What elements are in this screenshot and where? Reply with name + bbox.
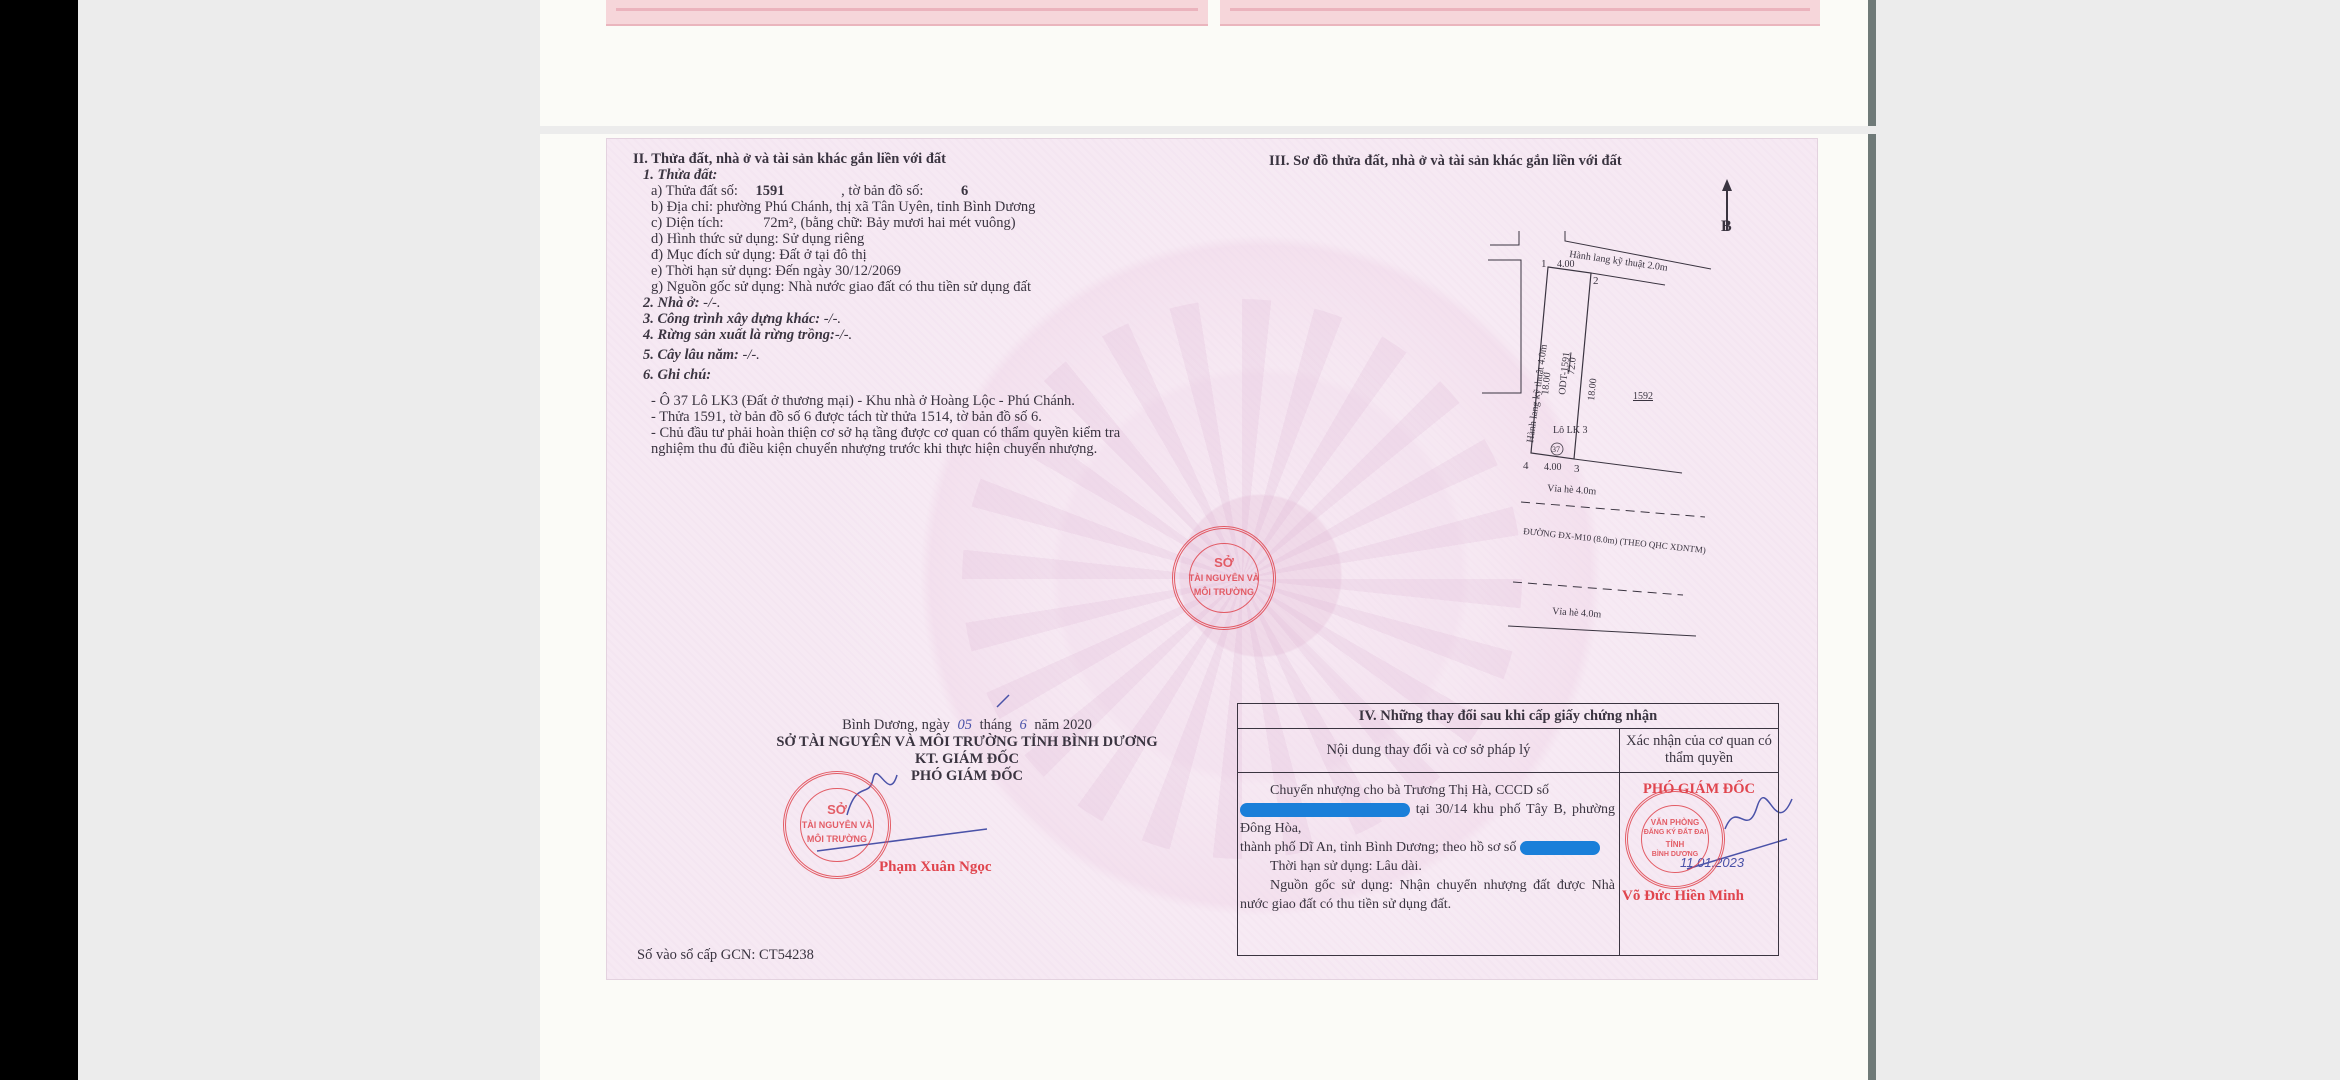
change-content-column: Nội dung thay đổi và cơ sở pháp lý Chuyể…: [1238, 728, 1620, 955]
seal-line: TÀI NGUYÊN VÀ: [1175, 573, 1273, 583]
north-arrow-icon: B: [1721, 179, 1732, 235]
col-left-header: Nội dung thay đổi và cơ sở pháp lý: [1238, 728, 1619, 773]
seal-line: SỞ: [786, 802, 888, 817]
issuing-department: SỞ TÀI NGUYÊN VÀ MÔI TRƯỜNG TỈNH BÌNH DƯ…: [757, 734, 1177, 751]
seal-line: SỞ: [1175, 555, 1273, 570]
transfer-dossier: thành phố Dĩ An, tỉnh Bình Dương; theo h…: [1240, 840, 1516, 855]
seal-line: MÔI TRƯỜNG: [1175, 587, 1273, 597]
road-label: ĐƯỜNG ĐX-M10 (8.0m) (THEO QHC XDNTM): [1523, 526, 1707, 555]
transfer-line-1: Chuyển nhượng cho bà Trương Thị Hà, CCCD…: [1240, 781, 1615, 800]
redaction: [1520, 841, 1600, 855]
point-1: 1: [1541, 258, 1547, 270]
seal-line: BÌNH DƯƠNG: [1628, 851, 1722, 858]
seal-line: TỈNH: [1628, 840, 1722, 849]
approver-name: Võ Đức Hiền Minh: [1622, 888, 1744, 905]
bottom-width: 4.00: [1544, 462, 1562, 473]
seal-line: ĐĂNG KÝ ĐẤT ĐAI: [1628, 829, 1722, 836]
transfer-line-3: thành phố Dĩ An, tỉnh Bình Dương; theo h…: [1240, 838, 1615, 857]
seal-line: MÔI TRƯỜNG: [786, 834, 888, 844]
point-2: 2: [1593, 275, 1599, 287]
registration-office-seal: VĂN PHÒNG ĐĂNG KÝ ĐẤT ĐAI TỈNH BÌNH DƯƠN…: [1625, 789, 1725, 889]
date-prefix: Bình Dương, ngày: [842, 717, 950, 733]
sidewalk-bottom-label: Vỉa hè 4.0m: [1552, 606, 1602, 620]
change-content: Chuyển nhượng cho bà Trương Thị Hà, CCCD…: [1238, 773, 1619, 914]
decorative-border: [606, 0, 1208, 26]
origin-line: Nguồn gốc sử dụng: Nhận chuyển nhượng đấ…: [1240, 876, 1615, 914]
north-label: B: [1721, 218, 1732, 235]
month-prefix: tháng: [980, 717, 1012, 733]
corridor-top-label: Hành lang kỹ thuật 2.0m: [1569, 249, 1669, 274]
certificate-page: II. Thửa đất, nhà ở và tài sản khác gắn …: [540, 134, 1876, 1080]
seal-line: TÀI NGUYÊN VÀ: [786, 820, 888, 830]
sidewalk-top-label: Vỉa hè 4.0m: [1547, 483, 1597, 497]
right-length: 18.00: [1586, 378, 1599, 402]
decorative-border: [1220, 0, 1820, 26]
gcn-label: Số vào sổ cấp GCN:: [637, 947, 755, 963]
col-right-header: Xác nhận của cơ quan có thẩm quyền: [1620, 728, 1778, 773]
left-edge-bar: [0, 0, 78, 1080]
issue-date: Bình Dương, ngày 05 tháng 6 năm 2020: [757, 717, 1177, 734]
plot-number: 37: [1552, 445, 1560, 454]
top-width: 4.00: [1557, 259, 1575, 270]
redaction: [1240, 803, 1410, 817]
issue-month: 6: [1015, 717, 1030, 733]
lot-label: Lô LK 3: [1553, 425, 1587, 436]
transfer-line-2: tại 30/14 khu phố Tây B, phường Đông Hòa…: [1240, 800, 1615, 838]
department-seal-center: SỞ TÀI NGUYÊN VÀ MÔI TRƯỜNG: [1172, 526, 1276, 630]
point-4: 4: [1523, 460, 1529, 472]
gcn-registry-number: Số vào sổ cấp GCN: CT54238: [637, 947, 814, 964]
term-line: Thời hạn sử dụng: Lâu dài.: [1240, 857, 1615, 876]
on-behalf-of: KT. GIÁM ĐỐC: [757, 751, 1177, 768]
parcel-area: 72.0: [1566, 357, 1579, 376]
neighbor-parcel: 1592: [1633, 391, 1653, 402]
left-length: 18.00: [1540, 372, 1553, 396]
certificate-sheet: II. Thửa đất, nhà ở và tài sản khác gắn …: [606, 138, 1818, 980]
point-3: 3: [1574, 463, 1580, 475]
issue-day: 05: [953, 717, 976, 733]
seal-line: VĂN PHÒNG: [1628, 818, 1722, 827]
section4-title: IV. Những thay đổi sau khi cấp giấy chứn…: [1238, 704, 1778, 729]
previous-page: [540, 0, 1876, 126]
issue-year: năm 2020: [1034, 717, 1092, 733]
signer-name: Phạm Xuân Ngọc: [879, 859, 992, 876]
department-seal-left: SỞ TÀI NGUYÊN VÀ MÔI TRƯỜNG: [783, 771, 891, 879]
gcn-value: CT54238: [759, 947, 814, 963]
